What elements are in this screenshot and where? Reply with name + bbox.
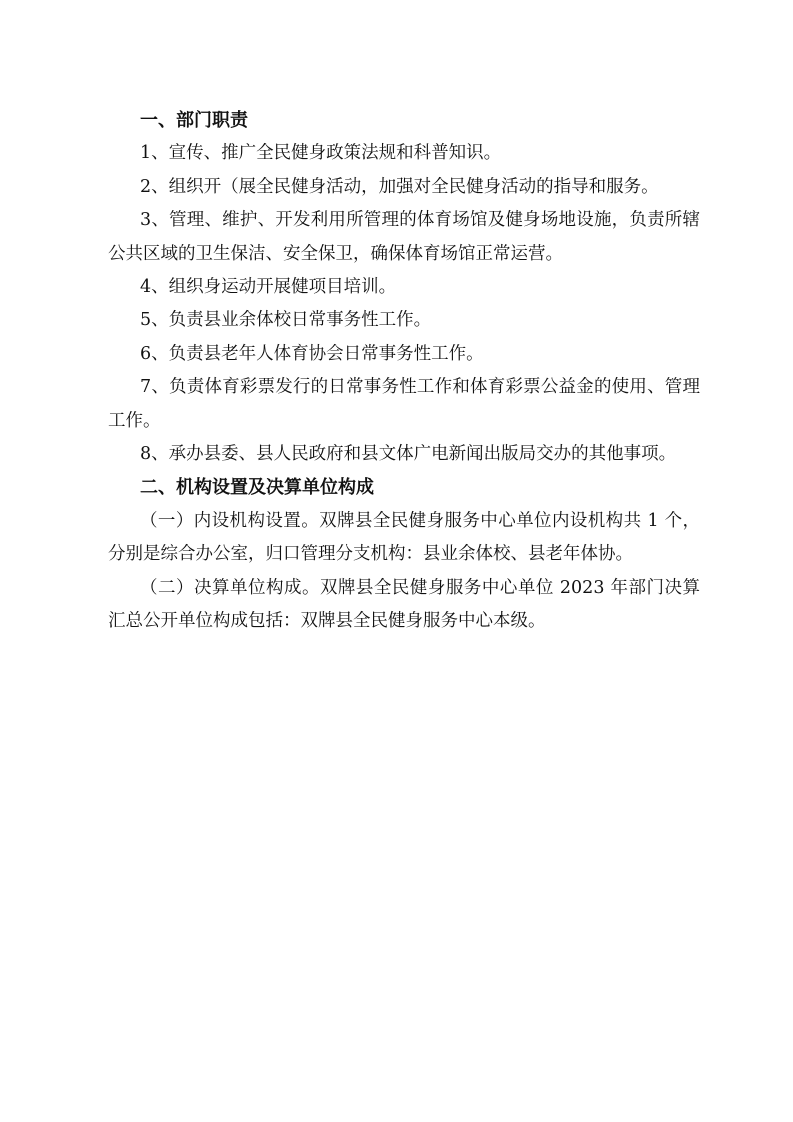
duty-item-5: 5、负责县业余体校日常事务性工作。	[108, 304, 700, 337]
document-page: 一、部门职责 1、宣传、推广全民健身政策法规和科普知识。 2、组织开（展全民健身…	[108, 104, 700, 639]
duty-item-8: 8、承办县委、县人民政府和县文体广电新闻出版局交办的其他事项。	[108, 438, 700, 471]
structure-internal-setup: （一）内设机构设置。双牌县全民健身服务中心单位内设机构共 1 个，分别是综合办公…	[108, 505, 700, 572]
duty-item-2: 2、组织开（展全民健身活动，加强对全民健身活动的指导和服务。	[108, 171, 700, 204]
section-heading-structure: 二、机构设置及决算单位构成	[108, 471, 700, 504]
duty-item-3: 3、管理、维护、开发利用所管理的体育场馆及健身场地设施，负责所辖公共区域的卫生保…	[108, 204, 700, 271]
duty-item-1: 1、宣传、推广全民健身政策法规和科普知识。	[108, 137, 700, 170]
duty-item-4: 4、组织身运动开展健项目培训。	[108, 271, 700, 304]
duty-item-7: 7、负责体育彩票发行的日常事务性工作和体育彩票公益金的使用、管理工作。	[108, 371, 700, 438]
duty-item-6: 6、负责县老年人体育协会日常事务性工作。	[108, 338, 700, 371]
section-heading-duties: 一、部门职责	[108, 104, 700, 137]
structure-accounting-units: （二）决算单位构成。双牌县全民健身服务中心单位 2023 年部门决算汇总公开单位…	[108, 572, 700, 639]
